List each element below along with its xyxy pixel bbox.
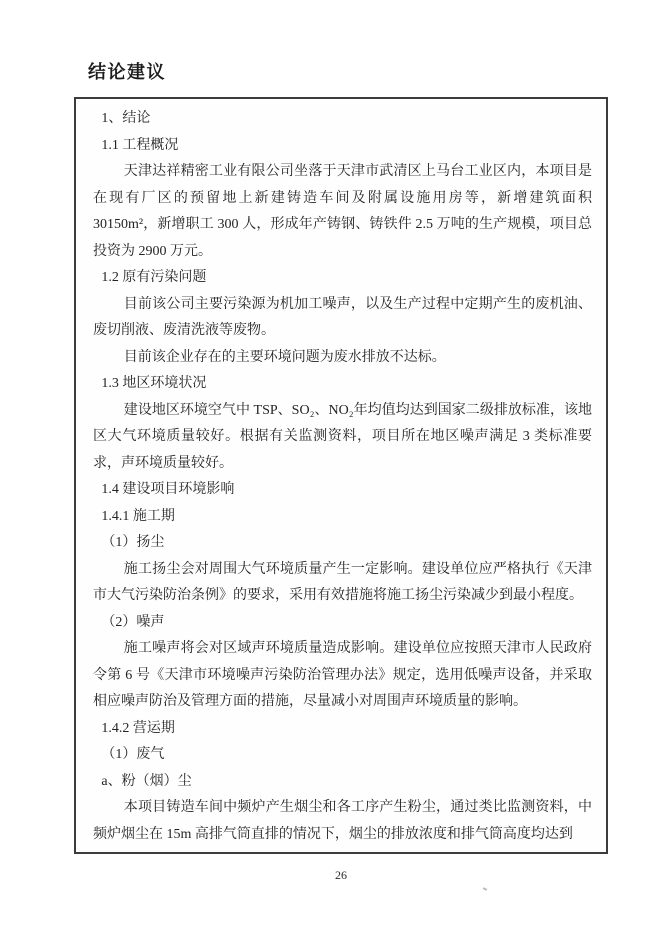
conclusion-content-box: 1、结论 1.1 工程概况 天津达祥精密工业有限公司坐落于天津市武清区上马台工业… [74, 97, 608, 854]
section-heading: 1.3 地区环境状况 [93, 371, 592, 398]
paragraph: 目前该企业存在的主要环境问题为废水排放不达标。 [93, 345, 592, 372]
paragraph: 目前该公司主要污染源为机加工噪声，以及生产过程中定期产生的废机油、废切削液、废清… [93, 292, 592, 345]
section-heading: （2）噪声 [93, 610, 592, 637]
paragraph: 本项目铸造车间中频炉产生烟尘和各工序产生粉尘，通过类比监测资料，中频炉烟尘在 1… [93, 795, 592, 848]
paragraph: 建设地区环境空气中 TSP、SO₂、NO₂年均值均达到国家二级排放标准，该地区大… [93, 398, 592, 478]
paragraph: 施工扬尘会对周围大气环境质量产生一定影响。建设单位应严格执行《天津市大气污染防治… [93, 557, 592, 610]
section-heading: 1.4 建设项目环境影响 [93, 477, 592, 504]
page-number: 26 [74, 868, 608, 883]
section-heading: a、粉（烟）尘 [93, 769, 592, 796]
section-heading: 1.4.1 施工期 [93, 504, 592, 531]
section-heading: （1）扬尘 [93, 530, 592, 557]
section-heading: 1、结论 [93, 106, 592, 133]
section-heading: 1.4.2 营运期 [93, 716, 592, 743]
section-heading: 1.2 原有污染问题 [93, 265, 592, 292]
page-title: 结论建议 [88, 58, 166, 84]
document-page: { "page": { "title": "结论建议", "page_numbe… [0, 0, 668, 943]
paragraph: 施工噪声将会对区域声环境质量造成影响。建设单位应按照天津市人民政府令第 6 号《… [93, 636, 592, 716]
section-heading: （1）废气 [93, 742, 592, 769]
scan-artifact [483, 887, 487, 891]
paragraph: 天津达祥精密工业有限公司坐落于天津市武清区上马台工业区内，本项目是在现有厂区的预… [93, 159, 592, 265]
section-heading: 1.1 工程概况 [93, 133, 592, 160]
